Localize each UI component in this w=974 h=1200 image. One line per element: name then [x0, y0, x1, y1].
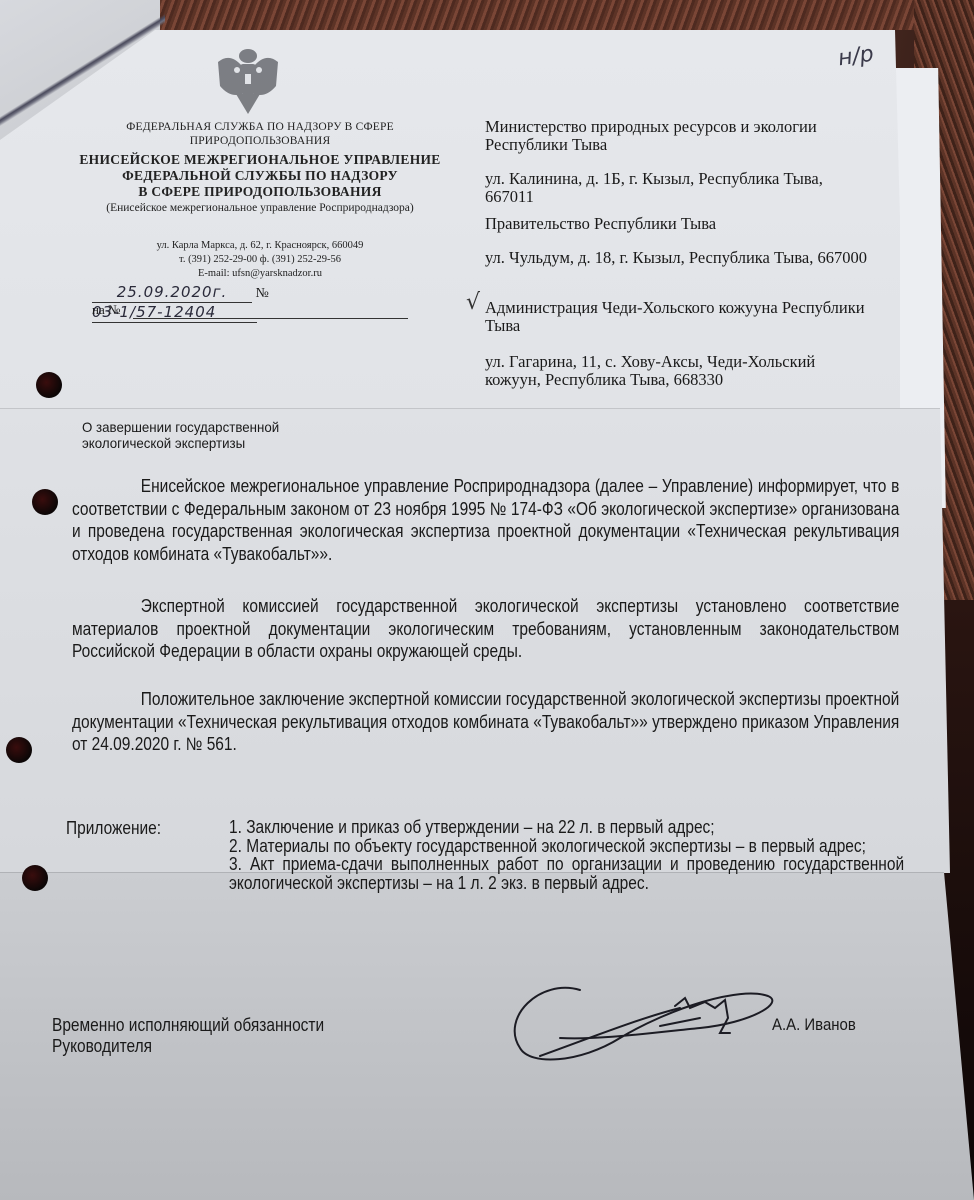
- sender-address: ул. Карла Маркса, д. 62, г. Красноярск, …: [60, 239, 460, 252]
- registration-line: 25.09.2020г. № 03-1/57-12404: [92, 283, 437, 303]
- punch-hole: [36, 372, 62, 398]
- sender-phone: т. (391) 252-29-00 ф. (391) 252-29-56: [60, 253, 460, 266]
- registration-date: 25.09.2020г.: [117, 283, 228, 301]
- attachment-item: 2. Материалы по объекту государственной …: [229, 837, 904, 856]
- punch-hole: [22, 865, 48, 891]
- registration-number-label: №: [256, 286, 269, 301]
- addressee-2-name: Правительство Республики Тыва: [485, 215, 875, 233]
- subject: О завершении государственной экологическ…: [82, 419, 279, 451]
- body-paragraph-3: Положительное заключение экспертной коми…: [72, 688, 899, 756]
- addressee-1-address: ул. Калинина, д. 1Б, г. Кызыл, Республик…: [485, 170, 875, 206]
- punch-hole: [6, 737, 32, 763]
- attachment-item: 1. Заключение и приказ об утверждении – …: [229, 818, 904, 837]
- addressee-2-address: ул. Чульдум, д. 18, г. Кызыл, Республика…: [485, 249, 875, 267]
- agency-name-line1: ФЕДЕРАЛЬНАЯ СЛУЖБА ПО НАДЗОРУ В СФЕРЕ: [60, 120, 460, 134]
- wooden-table-top: [140, 0, 974, 30]
- handwritten-corner-mark: н/р: [836, 42, 875, 72]
- addressee-3-address: ул. Гагарина, 11, с. Хову-Аксы, Чеди-Хол…: [485, 353, 875, 389]
- sender-email: E-mail: ufsn@yarsknadzor.ru: [60, 267, 460, 280]
- attachments-list: 1. Заключение и приказ об утверждении – …: [229, 818, 904, 892]
- subject-line1: О завершении государственной: [82, 419, 279, 435]
- reply-to-label: на №: [92, 302, 120, 318]
- department-name-line1: ЕНИСЕЙСКОЕ МЕЖРЕГИОНАЛЬНОЕ УПРАВЛЕНИЕ: [60, 152, 460, 168]
- addressee-1-name: Министерство природных ресурсов и эколог…: [485, 118, 875, 154]
- subject-line2: экологической экспертизы: [82, 435, 279, 451]
- signatory-name: А.А. Иванов: [772, 1015, 856, 1035]
- addressee-3-name: Администрация Чеди-Хольского кожууна Рес…: [485, 299, 875, 335]
- agency-name-line2: ПРИРОДОПОЛЬЗОВАНИЯ: [60, 134, 460, 148]
- punch-hole: [32, 489, 58, 515]
- fold-shadow: [0, 0, 165, 140]
- body-paragraph-1: Енисейское межрегиональное управление Ро…: [72, 475, 899, 565]
- russian-eagle-emblem-icon: [212, 42, 284, 116]
- attachments-label: Приложение:: [66, 818, 161, 839]
- checkmark-icon: √: [466, 290, 480, 315]
- reply-to-blank-line: [133, 318, 408, 319]
- attachment-item: 3. Акт приема-сдачи выполненных работ по…: [229, 855, 904, 892]
- department-name-line2: ФЕДЕРАЛЬНОЙ СЛУЖБЫ ПО НАДЗОРУ: [60, 168, 460, 184]
- department-name-line3: В СФЕРЕ ПРИРОДОПОЛЬЗОВАНИЯ: [60, 184, 460, 200]
- body-paragraph-2: Экспертной комиссией государственной эко…: [72, 595, 899, 663]
- department-short-name: (Енисейское межрегиональное управление Р…: [60, 201, 460, 215]
- signatory-title: Временно исполняющий обязанности Руковод…: [52, 1015, 324, 1057]
- handwritten-signature-icon: [500, 978, 780, 1068]
